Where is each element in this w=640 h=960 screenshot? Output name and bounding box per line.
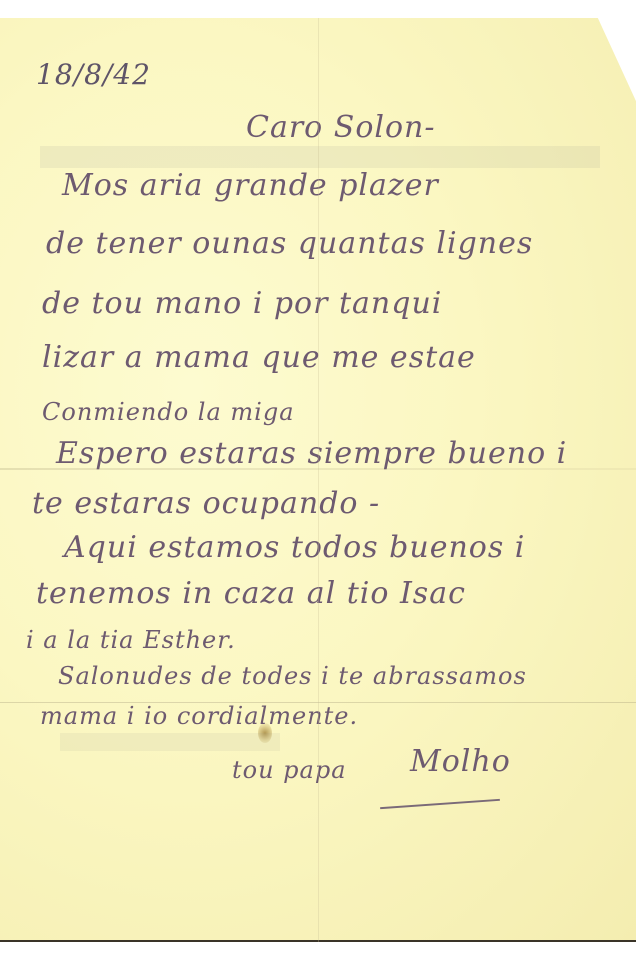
letter-line: te estaras ocupando - (32, 486, 380, 521)
letter-line: i a la tia Esther. (26, 626, 236, 654)
bleed-through-print (60, 733, 280, 751)
letter-line: tenemos in caza al tio Isac (36, 576, 466, 611)
letter-date: 18/8/42 (36, 58, 151, 91)
letter-signature: Molho (410, 744, 511, 779)
letter-line: Salonudes de todes i te abrassamos (58, 662, 527, 690)
letter-salutation: Caro Solon- (246, 110, 436, 145)
letter-line: de tou mano i por tanqui (42, 286, 442, 321)
letter-line: Mos aria grande plazer (62, 168, 439, 203)
letter-closing: tou papa (232, 756, 347, 784)
bleed-through-print (40, 146, 600, 168)
letter-paper: 18/8/42 Caro Solon- Mos aria grande plaz… (0, 18, 636, 942)
letter-line: Aqui estamos todos buenos i (64, 530, 525, 565)
signature-flourish (380, 799, 500, 809)
letter-line: lizar a mama que me estae (42, 340, 476, 375)
letter-line: mama i io cordialmente. (40, 702, 358, 730)
letter-line: Espero estaras siempre bueno i (56, 436, 567, 471)
letter-line: de tener ounas quantas lignes (46, 226, 533, 261)
letter-line: Conmiendo la miga (42, 398, 295, 426)
